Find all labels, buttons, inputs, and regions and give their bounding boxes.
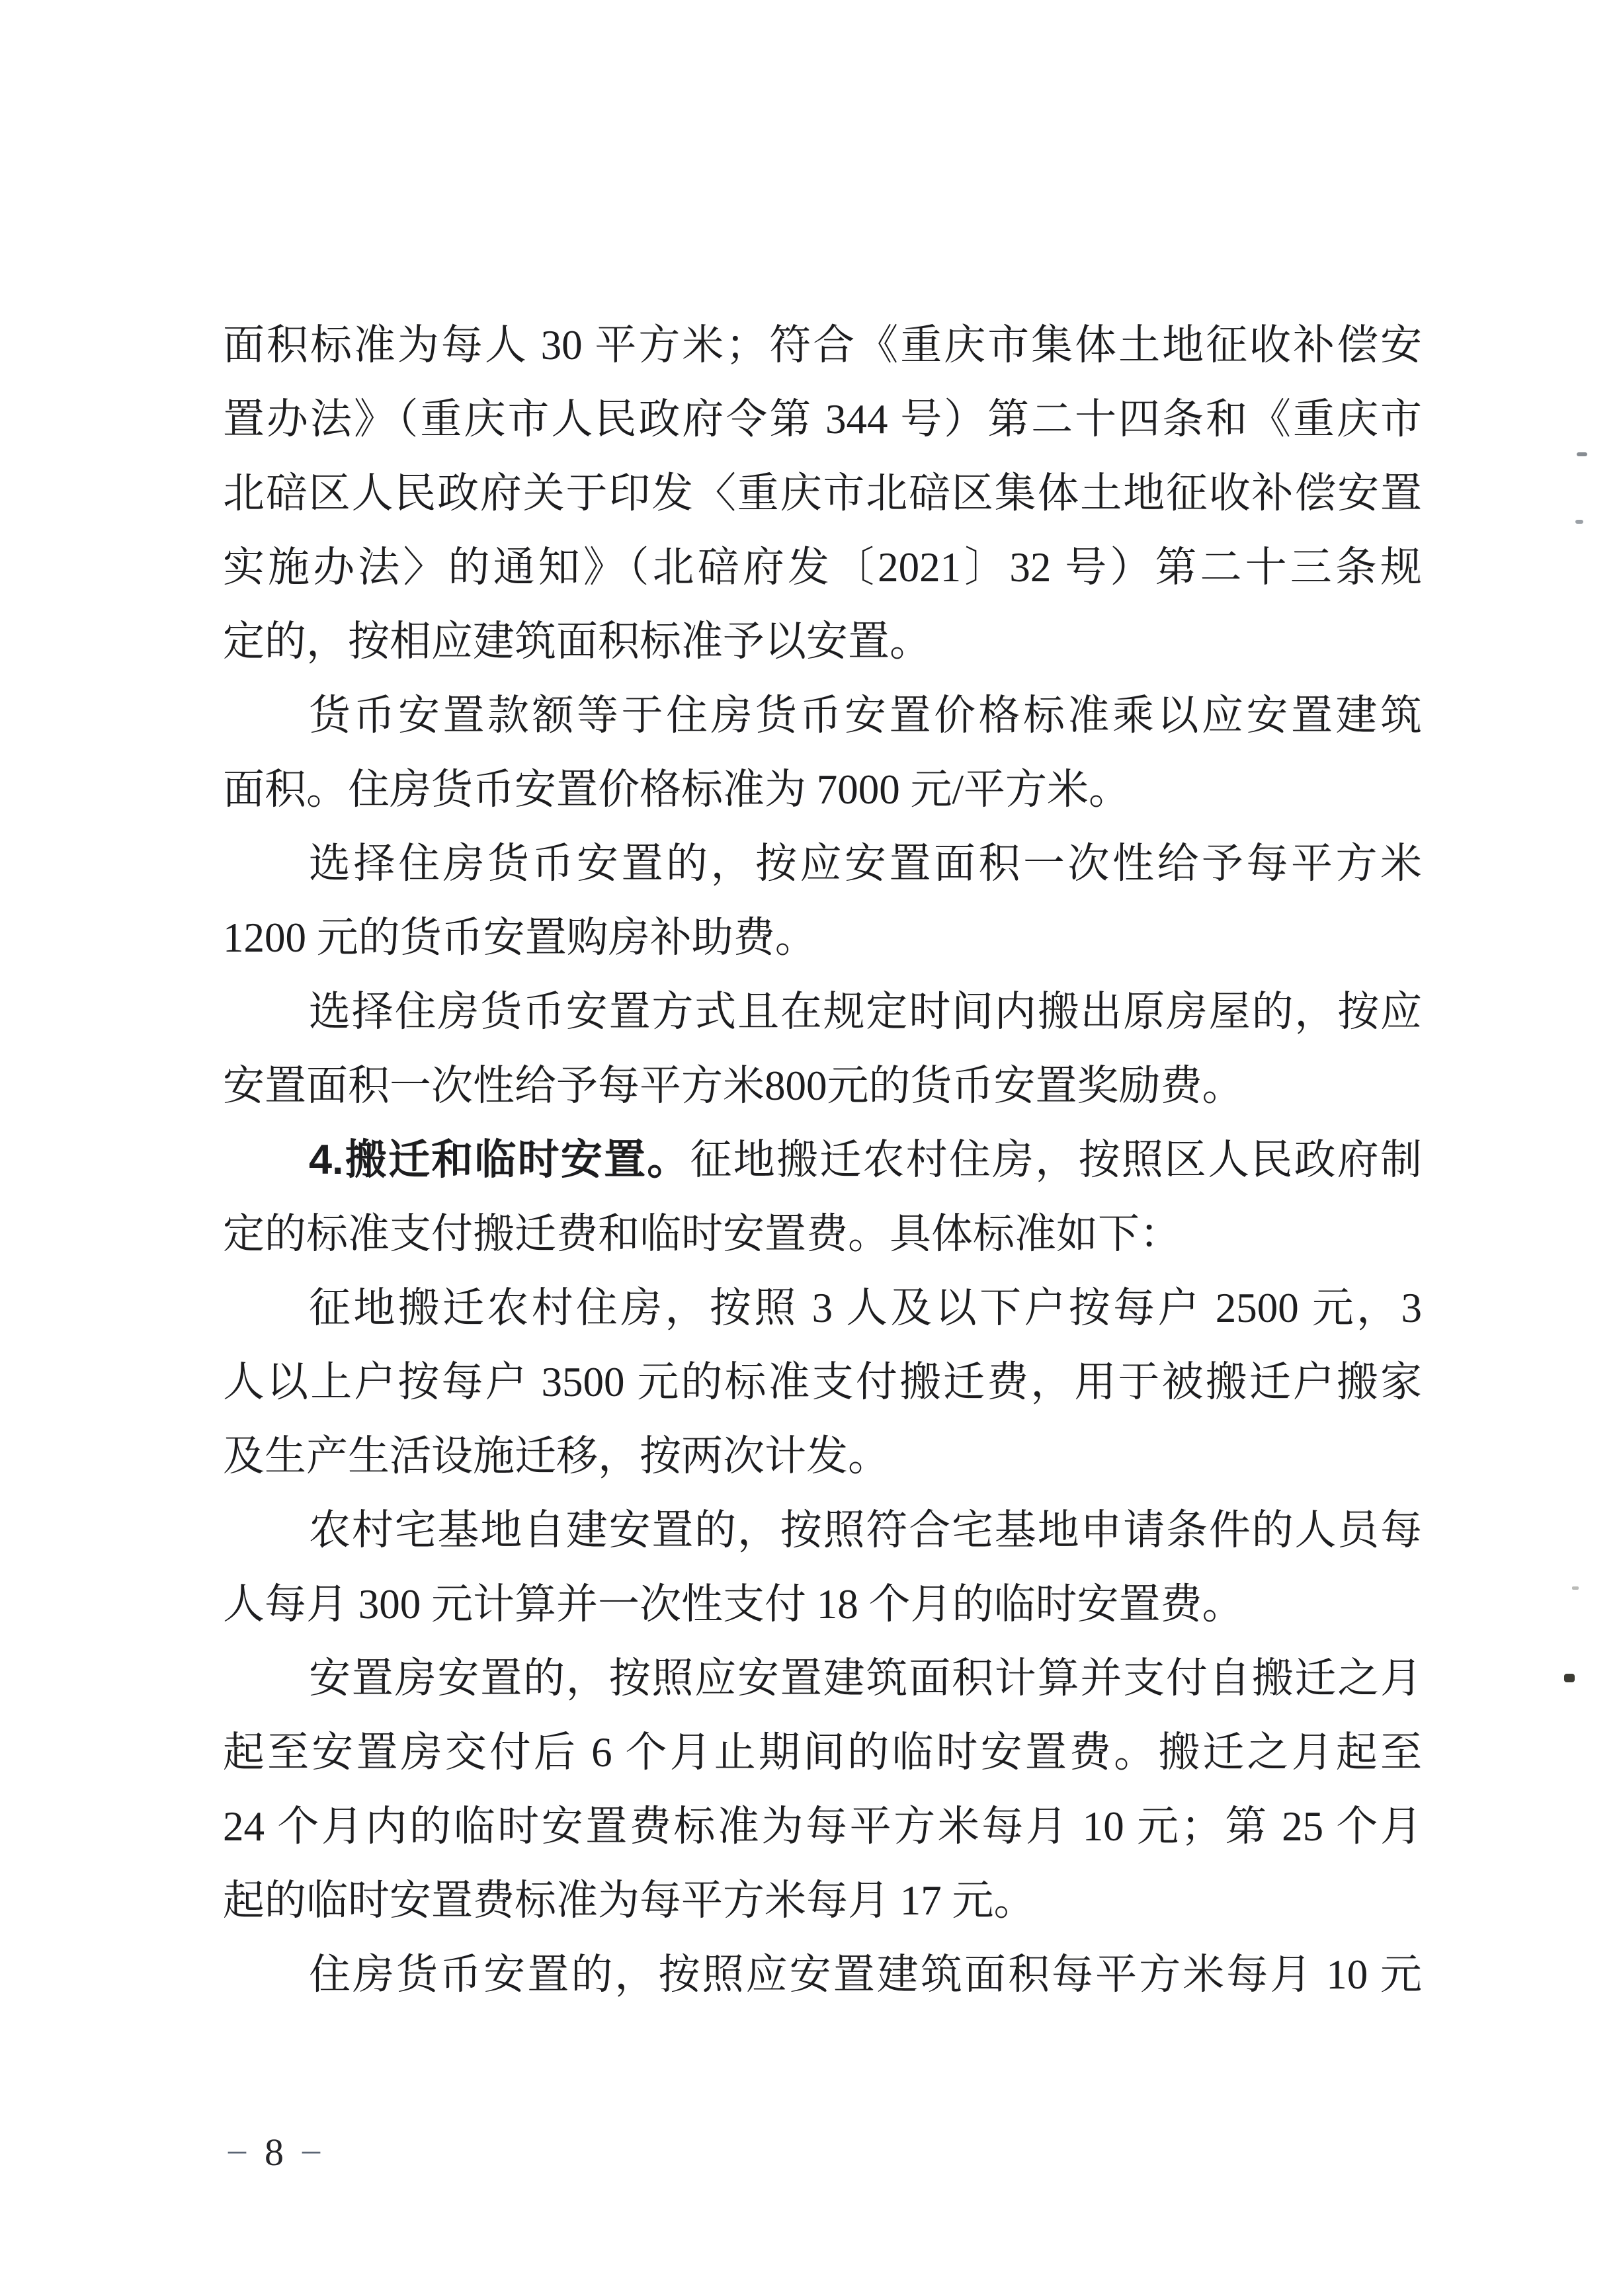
text-segment: 选择住房货币安置方式且在规定时间内搬出原房屋的，按应 xyxy=(309,989,1422,1035)
text-line: 1200 元的货币安置购房补助费。 xyxy=(223,901,1422,975)
text-line: 人以上户按每户 3500 元的标准支付搬迁费，用于被搬迁户搬家 xyxy=(223,1345,1422,1419)
text-line: 起的临时安置费标准为每平方米每月 17 元。 xyxy=(223,1864,1422,1938)
text-line: 及生产生活设施迁移，按两次计发。 xyxy=(223,1419,1422,1493)
text-line: 定的标准支付搬迁费和临时安置费。具体标准如下： xyxy=(223,1197,1422,1271)
bold-heading-segment: 4.搬迁和临时安置。 xyxy=(309,1137,690,1183)
text-segment: 北碚区人民政府关于印发〈重庆市北碚区集体土地征收补偿安置 xyxy=(223,470,1422,516)
text-line: 安置面积一次性给予每平方米800元的货币安置奖励费。 xyxy=(223,1049,1422,1123)
text-line: 定的，按相应建筑面积标准予以安置。 xyxy=(223,604,1422,678)
text-segment: 安置面积一次性给予每平方米800元的货币安置奖励费。 xyxy=(223,1063,1244,1109)
text-line: 面积标准为每人 30 平方米；符合《重庆市集体土地征收补偿安 xyxy=(223,308,1422,382)
text-segment: 起的临时安置费标准为每平方米每月 17 元。 xyxy=(223,1877,1036,1924)
page-number: 8 xyxy=(265,2130,284,2174)
scan-artifact xyxy=(1575,520,1583,524)
text-segment: 征地搬迁农村住房，按照区人民政府制 xyxy=(690,1137,1423,1183)
scan-artifact xyxy=(1572,1586,1579,1590)
page-number-footer: – 8 – xyxy=(228,2125,320,2178)
text-line: 置办法》（重庆市人民政府令第 344 号）第二十四条和《重庆市 xyxy=(223,382,1422,456)
page-number-dash-right: – xyxy=(302,2129,320,2170)
text-segment: 选择住房货币安置的，按应安置面积一次性给予每平方米 xyxy=(309,840,1422,887)
text-line: 安置房安置的，按照应安置建筑面积计算并支付自搬迁之月 xyxy=(223,1641,1422,1715)
text-line: 选择住房货币安置的，按应安置面积一次性给予每平方米 xyxy=(223,827,1422,901)
text-segment: 起至安置房交付后 6 个月止期间的临时安置费。搬迁之月起至 xyxy=(223,1729,1422,1776)
text-line: 征地搬迁农村住房，按照 3 人及以下户按每户 2500 元，3 xyxy=(223,1271,1422,1345)
text-line: 面积。住房货币安置价格标准为 7000 元/平方米。 xyxy=(223,753,1422,827)
text-segment: 人以上户按每户 3500 元的标准支付搬迁费，用于被搬迁户搬家 xyxy=(223,1359,1422,1405)
text-segment: 货币安置款额等于住房货币安置价格标准乘以应安置建筑 xyxy=(309,692,1422,739)
text-segment: 征地搬迁农村住房，按照 3 人及以下户按每户 2500 元，3 xyxy=(309,1285,1422,1331)
text-segment: 面积。住房货币安置价格标准为 7000 元/平方米。 xyxy=(223,766,1130,813)
text-line: 北碚区人民政府关于印发〈重庆市北碚区集体土地征收补偿安置 xyxy=(223,456,1422,530)
text-line: 住房货币安置的，按照应安置建筑面积每平方米每月 10 元 xyxy=(223,1938,1422,2012)
text-line: 选择住房货币安置方式且在规定时间内搬出原房屋的，按应 xyxy=(223,975,1422,1049)
text-segment: 住房货币安置的，按照应安置建筑面积每平方米每月 10 元 xyxy=(309,1951,1422,1998)
text-line: 农村宅基地自建安置的，按照符合宅基地申请条件的人员每 xyxy=(223,1493,1422,1567)
text-segment: 24 个月内的临时安置费标准为每平方米每月 10 元；第 25 个月 xyxy=(223,1803,1422,1850)
text-segment: 实施办法〉的通知》（北碚府发〔2021〕32 号）第二十三条规 xyxy=(223,544,1422,591)
text-segment: 安置房安置的，按照应安置建筑面积计算并支付自搬迁之月 xyxy=(309,1655,1422,1701)
text-line: 起至安置房交付后 6 个月止期间的临时安置费。搬迁之月起至 xyxy=(223,1715,1422,1789)
text-line: 货币安置款额等于住房货币安置价格标准乘以应安置建筑 xyxy=(223,678,1422,753)
text-line: 实施办法〉的通知》（北碚府发〔2021〕32 号）第二十三条规 xyxy=(223,530,1422,604)
text-segment: 面积标准为每人 30 平方米；符合《重庆市集体土地征收补偿安 xyxy=(223,322,1422,368)
page-number-dash-left: – xyxy=(228,2129,246,2170)
text-segment: 置办法》（重庆市人民政府令第 344 号）第二十四条和《重庆市 xyxy=(223,396,1422,442)
document-page: 面积标准为每人 30 平方米；符合《重庆市集体土地征收补偿安置办法》（重庆市人民… xyxy=(0,0,1619,2296)
text-segment: 及生产生活设施迁移，按两次计发。 xyxy=(223,1433,890,1479)
text-line: 4.搬迁和临时安置。征地搬迁农村住房，按照区人民政府制 xyxy=(223,1123,1422,1197)
text-segment: 农村宅基地自建安置的，按照符合宅基地申请条件的人员每 xyxy=(309,1507,1422,1553)
document-body-text: 面积标准为每人 30 平方米；符合《重庆市集体土地征收补偿安置办法》（重庆市人民… xyxy=(223,308,1422,2012)
text-line: 24 个月内的临时安置费标准为每平方米每月 10 元；第 25 个月 xyxy=(223,1789,1422,1864)
text-segment: 定的标准支付搬迁费和临时安置费。具体标准如下： xyxy=(223,1211,1181,1257)
scan-artifact xyxy=(1577,452,1587,456)
text-segment: 定的，按相应建筑面积标准予以安置。 xyxy=(223,618,931,665)
text-segment: 1200 元的货币安置购房补助费。 xyxy=(223,915,817,961)
text-segment: 人每月 300 元计算并一次性支付 18 个月的临时安置费。 xyxy=(223,1581,1244,1627)
scan-artifact xyxy=(1564,1674,1575,1682)
text-line: 人每月 300 元计算并一次性支付 18 个月的临时安置费。 xyxy=(223,1567,1422,1641)
